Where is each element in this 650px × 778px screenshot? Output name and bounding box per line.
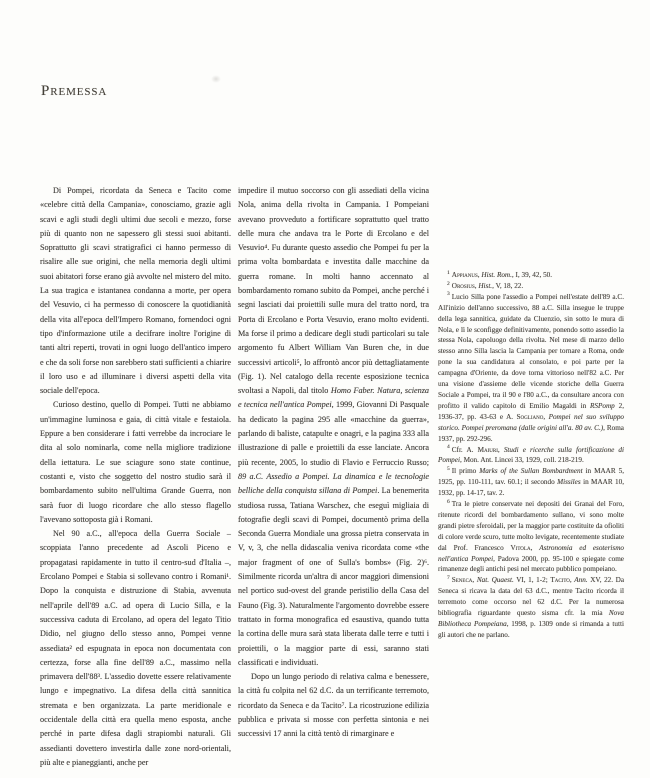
scan-artifact	[211, 75, 221, 83]
footnote-text-4: Cfr. A. Maiuri, Studi e ricerche sulla f…	[438, 446, 624, 465]
footnote-3: 3Lucio Silla pone l'assedio a Pompei nel…	[438, 292, 624, 445]
footnote-marker-1: 1	[447, 270, 450, 276]
middle-column: impedire il mutuo soccorso con gli assed…	[238, 184, 429, 770]
footnote-4: 4Cfr. A. Maiuri, Studi e ricerche sulla …	[438, 445, 624, 467]
footnote-text-6: Tra le pietre conservate nei depositi de…	[438, 500, 624, 573]
footnote-text-1: Appianus, Hist. Rom., I, 39, 42, 50.	[452, 271, 552, 279]
footnote-marker-2: 2	[447, 281, 450, 287]
footnote-text-5: Il primo Marks of the Sullan Bombardment…	[438, 467, 624, 497]
footnote-7: 7Seneca, Nat. Quaest. VI, 1, 1-2; Tacito…	[438, 575, 624, 640]
footnote-2: 2Orosius, Hist., V, 18, 22.	[438, 281, 624, 292]
footnote-text-2: Orosius, Hist., V, 18, 22.	[452, 282, 523, 290]
footnote-marker-4: 4	[447, 444, 450, 450]
paragraph-guerra-sociale: Nel 90 a.C., all'epoca della Guerra Soci…	[40, 527, 231, 770]
book-page: Premessa Di Pompei, ricordata da Seneca …	[0, 0, 650, 778]
footnote-marker-3: 3	[447, 291, 450, 297]
text-columns: Di Pompei, ricordata da Seneca e Tacito …	[40, 184, 624, 770]
footnote-5: 5Il primo Marks of the Sullan Bombardmen…	[438, 466, 624, 499]
paragraph-curioso-destino: Curioso destino, quello di Pompei. Tutti…	[40, 398, 231, 527]
footnote-marker-6: 6	[447, 499, 450, 505]
left-column: Di Pompei, ricordata da Seneca e Tacito …	[40, 184, 231, 770]
footnote-text-3: Lucio Silla pone l'assedio a Pompei nell…	[438, 293, 624, 443]
footnotes-column: 1Appianus, Hist. Rom., I, 39, 42, 50. 2O…	[438, 184, 624, 770]
footnote-marker-7: 7	[447, 575, 450, 581]
footnote-6: 6Tra le pietre conservate nei depositi d…	[438, 499, 624, 575]
footnote-marker-5: 5	[447, 466, 450, 472]
paragraph-assedio-continuation: impedire il mutuo soccorso con gli assed…	[238, 184, 429, 670]
footnote-1: 1Appianus, Hist. Rom., I, 39, 42, 50.	[438, 270, 624, 281]
footnote-text-7: Seneca, Nat. Quaest. VI, 1, 1-2; Tacito,…	[438, 576, 624, 639]
page-title: Premessa	[41, 83, 107, 100]
paragraph-terremoto: Dopo un lungo periodo di relativa calma …	[238, 670, 429, 741]
paragraph-intro: Di Pompei, ricordata da Seneca e Tacito …	[40, 184, 231, 398]
